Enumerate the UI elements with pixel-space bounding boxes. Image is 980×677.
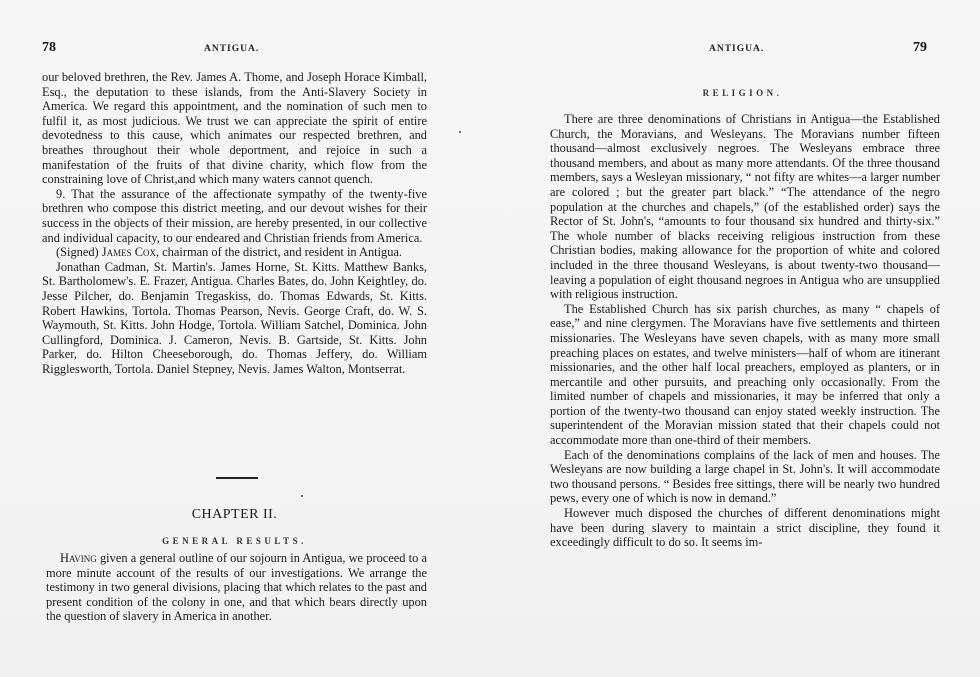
paragraph: However much disposed the churches of di… <box>550 506 940 550</box>
page-number: 78 <box>42 40 56 56</box>
section-divider-rule <box>216 477 258 479</box>
running-head: ANTIGUA. <box>709 44 764 54</box>
paragraph: There are three denominations of Christi… <box>550 112 940 302</box>
page-number: 79 <box>913 40 927 56</box>
chapter-body: Having given a general outline of our so… <box>46 551 427 624</box>
signatory-name: James Cox <box>102 245 156 259</box>
paragraph: 9. That the assurance of the affectionat… <box>42 187 427 245</box>
body-text: There are three denominations of Christi… <box>550 112 940 550</box>
chapter-title: CHAPTER II. <box>42 507 427 523</box>
body-text: our beloved brethren, the Rev. James A. … <box>42 70 427 376</box>
book-spread: 78 ANTIGUA. our beloved brethren, the Re… <box>0 0 980 677</box>
left-page: 78 ANTIGUA. our beloved brethren, the Re… <box>0 0 490 677</box>
paragraph: our beloved brethren, the Rev. James A. … <box>42 70 427 187</box>
lead-word: Having <box>60 551 97 565</box>
print-speck <box>301 495 303 497</box>
signatories-list: Jonathan Cadman, St. Martin's. James Hor… <box>42 260 427 377</box>
print-speck <box>459 131 461 133</box>
paragraph: Having given a general outline of our so… <box>46 551 427 624</box>
chapter-subtitle: GENERAL RESULTS. <box>42 536 427 546</box>
paragraph: Each of the denominations complains of t… <box>550 448 940 506</box>
section-heading: RELIGION. <box>550 88 935 98</box>
signature-line: (Signed) James Cox, chairman of the dist… <box>42 245 427 260</box>
running-head: ANTIGUA. <box>204 44 259 54</box>
paragraph: The Established Church has six parish ch… <box>550 302 940 448</box>
right-page: ANTIGUA. 79 RELIGION. There are three de… <box>490 0 980 677</box>
